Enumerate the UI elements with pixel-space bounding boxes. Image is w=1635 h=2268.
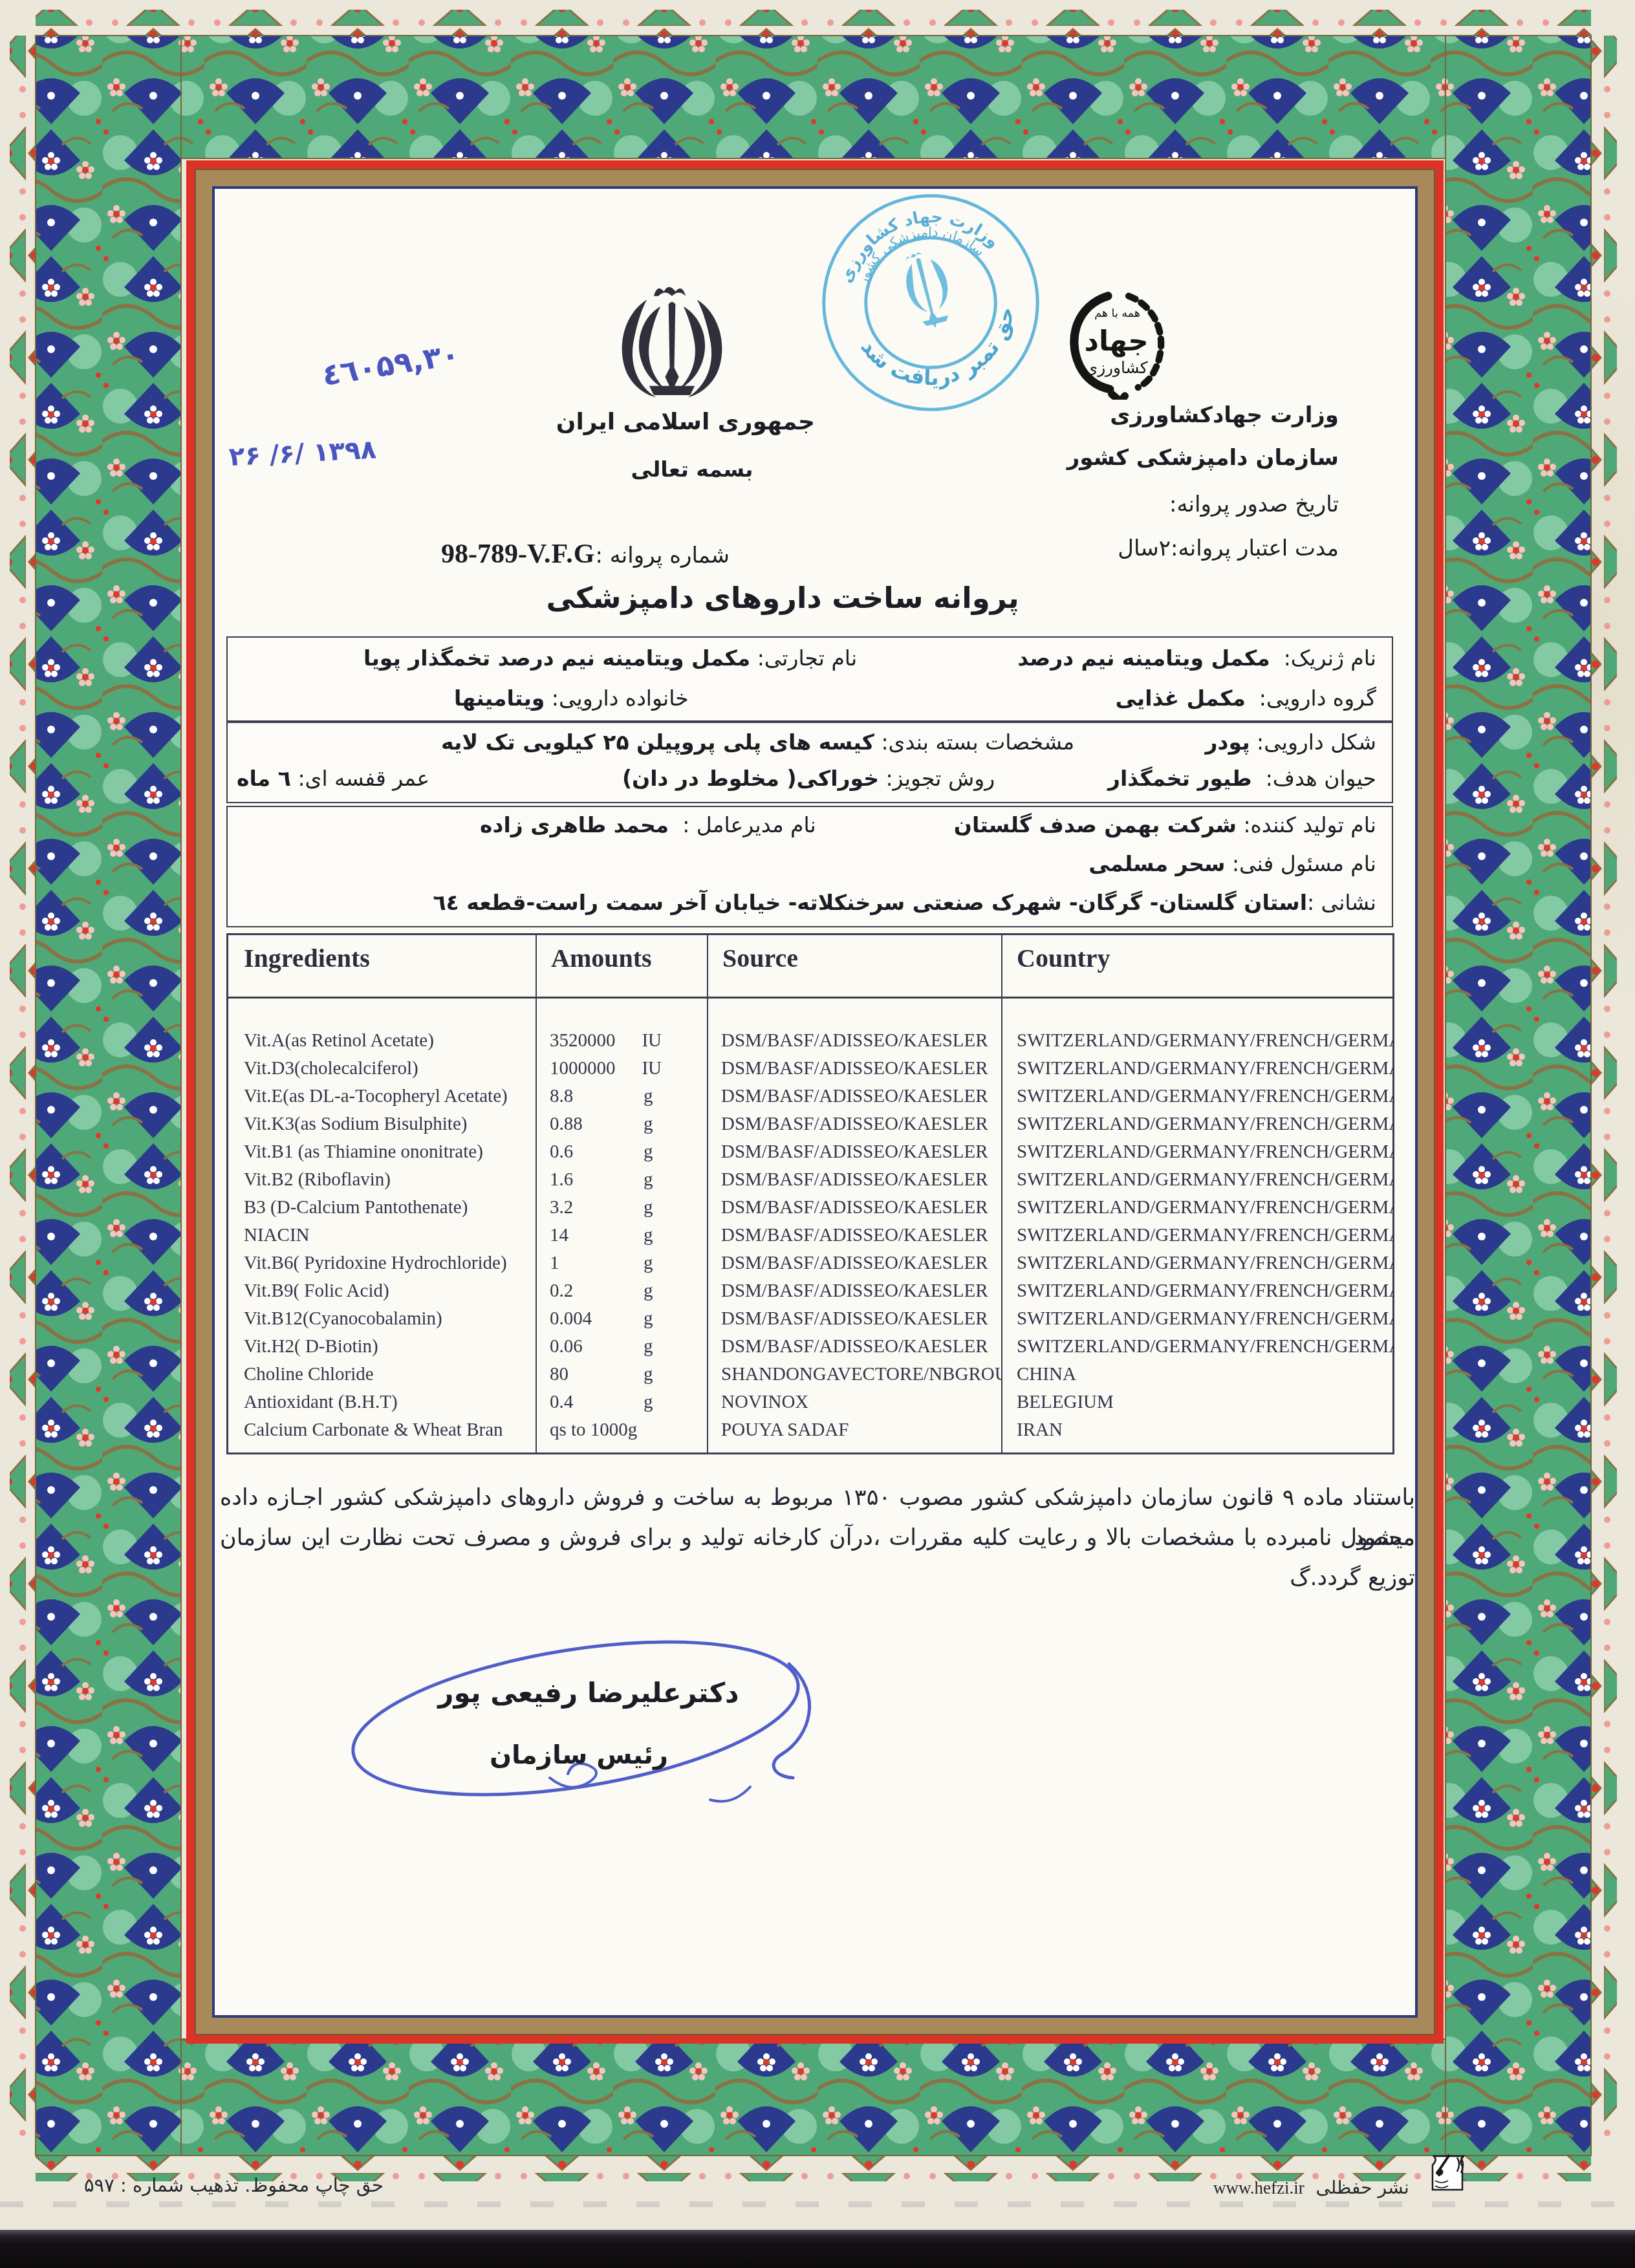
amount-cell: 0.06g [536, 1336, 707, 1357]
svg-text:کشاورزی: کشاورزی [1085, 358, 1148, 377]
column-header-source: Source [707, 935, 1001, 997]
issue-date-label: تاریخ صدور پروانه: [1169, 491, 1339, 517]
table-row: Vit.B1 (as Thiamine ononitrate)0.6gDSM/B… [228, 1138, 1392, 1166]
field-shelf-life: عمر قفسه ای: ٦ ماه [237, 766, 429, 791]
source-cell: DSM/BASF/ADISSEO/KAESLER [707, 1141, 1001, 1163]
besmeh-taali: بسمه تعالی [569, 457, 815, 482]
ingredient-cell: Vit.B2 (Riboflavin) [228, 1169, 536, 1191]
field-technical-manager: نام مسئول فنی: سحر مسلمی [1088, 851, 1376, 876]
publisher-website: www.hefzi.ir [1213, 2178, 1305, 2198]
country-cell: SWITZERLAND/GERMANY/FRENCH/GERMANY [1001, 1169, 1392, 1191]
source-cell: DSM/BASF/ADISSEO/KAESLER [707, 1308, 1001, 1330]
amount-cell: 0.004g [536, 1308, 707, 1330]
form-packaging-box: شکل دارویی: پودر مشخصات بسته بندی: کیسه … [226, 722, 1393, 803]
legal-paragraph: باستناد ماده ۹ قانون سازمان دامپزشکی کشو… [220, 1478, 1415, 1598]
amount-cell: 1.6g [536, 1169, 707, 1191]
table-row: Calcium Carbonate & Wheat Branqs to 1000… [228, 1416, 1392, 1444]
country-cell: SWITZERLAND/GERMANY/FRENCH/GERMANY [1001, 1030, 1392, 1052]
organization-name: سازمان دامپزشکی کشور [1067, 445, 1339, 471]
table-row: Vit.E(as DL-a-Tocopheryl Acetate)8.8gDSM… [228, 1083, 1392, 1110]
product-names-box: نام ژنریک: مکمل ویتامینه نیم درصد نام تج… [226, 636, 1393, 722]
amount-cell: 3520000IU [536, 1030, 707, 1052]
field-drug-group: گروه دارویی: مکمل غذایی [1115, 686, 1376, 711]
source-cell: DSM/BASF/ADISSEO/KAESLER [707, 1197, 1001, 1218]
svg-text:حق تمبر دریافت شد: حق تمبر دریافت شد [854, 299, 1034, 407]
field-administration: روش تجویز: خوراکی( مخلوط در دان) [622, 766, 995, 791]
jihad-agriculture-logo-icon: همه با هم جهاد کشاورزی [1053, 288, 1186, 400]
amount-cell: qs to 1000g [536, 1420, 707, 1441]
publisher-name: نشر حفظلی [1316, 2177, 1409, 2198]
table-row: Vit.B9( Folic Acid)0.2gDSM/BASF/ADISSEO/… [228, 1277, 1392, 1305]
ingredient-cell: Vit.E(as DL-a-Tocopheryl Acetate) [228, 1086, 536, 1107]
legal-line-1: باستناد ماده ۹ قانون سازمان دامپزشکی کشو… [220, 1478, 1415, 1518]
ingredient-cell: Vit.K3(as Sodium Bisulphite) [228, 1114, 536, 1135]
source-cell: DSM/BASF/ADISSEO/KAESLER [707, 1253, 1001, 1274]
legal-line-2: محصول نامبرده با مشخصات بالا و رعایت کلی… [220, 1518, 1415, 1558]
country-cell: SWITZERLAND/GERMANY/FRENCH/GERMANY [1001, 1336, 1392, 1357]
table-row: Vit.B2 (Riboflavin)1.6gDSM/BASF/ADISSEO/… [228, 1166, 1392, 1194]
source-cell: DSM/BASF/ADISSEO/KAESLER [707, 1086, 1001, 1107]
country-cell: SWITZERLAND/GERMANY/FRENCH/GERMANY [1001, 1308, 1392, 1330]
ingredient-cell: Vit.H2( D-Biotin) [228, 1336, 536, 1357]
field-trade-name: نام تجارتی: مکمل ویتامینه نیم درصد تخمگذ… [363, 645, 857, 671]
svg-text:همه با هم: همه با هم [1094, 307, 1140, 320]
field-packaging: مشخصات بسته بندی: کیسه های پلی پروپیلن ۲… [441, 729, 1074, 755]
field-ceo: نام مدیرعامل : محمد طاهری زاده [480, 812, 816, 837]
table-row: Vit.H2( D-Biotin)0.06gDSM/BASF/ADISSEO/K… [228, 1333, 1392, 1361]
ministry-name: وزارت جهادکشاورزی [1110, 402, 1339, 428]
producer-box: نام تولید کننده: شرکت بهمن صدف گلستان نا… [226, 806, 1393, 927]
ingredient-cell: B3 (D-Calcium Pantothenate) [228, 1197, 536, 1218]
publisher-logo-icon [1426, 2151, 1471, 2200]
ingredient-cell: Antioxidant (B.H.T) [228, 1392, 536, 1413]
license-number-value: 98-789-V.F.G [441, 539, 595, 569]
ingredients-table: IngredientsAmountsSourceCountry Vit.A(as… [226, 933, 1394, 1454]
field-drug-family: خانواده دارویی: ویتامینها [454, 686, 689, 711]
country-cell: SWITZERLAND/GERMANY/FRENCH/GERMANY [1001, 1280, 1392, 1302]
page-title: پروانه ساخت داروهای دامپزشکی [453, 581, 1112, 615]
ingredients-table-body: Vit.A(as Retinol Acetate)3520000IUDSM/BA… [228, 999, 1392, 1453]
country-cell: SWITZERLAND/GERMANY/FRENCH/GERMANY [1001, 1086, 1392, 1107]
table-row: Vit.D3(cholecalciferol)1000000IUDSM/BASF… [228, 1055, 1392, 1083]
country-cell: SWITZERLAND/GERMANY/FRENCH/GERMANY [1001, 1197, 1392, 1218]
country-cell: SWITZERLAND/GERMANY/FRENCH/GERMANY [1001, 1058, 1392, 1079]
table-row: Antioxidant (B.H.T)0.4gNOVINOXBELEGIUM [228, 1388, 1392, 1416]
amount-cell: 14g [536, 1225, 707, 1246]
validity-period: مدت اعتبار پروانه:۲سال [1118, 535, 1339, 561]
table-row: Vit.A(as Retinol Acetate)3520000IUDSM/BA… [228, 1027, 1392, 1055]
source-cell: DSM/BASF/ADISSEO/KAESLER [707, 1336, 1001, 1357]
source-cell: DSM/BASF/ADISSEO/KAESLER [707, 1058, 1001, 1079]
iran-national-emblem-icon [603, 281, 741, 404]
license-number-label: شماره پروانه : [595, 543, 730, 568]
source-cell: SHANDONGAVECTORE/NBGROUP [707, 1364, 1001, 1385]
ingredients-table-header: IngredientsAmountsSourceCountry [228, 935, 1392, 999]
table-row: Choline Chloride80gSHANDONGAVECTORE/NBGR… [228, 1361, 1392, 1388]
country-cell: SWITZERLAND/GERMANY/FRENCH/GERMANY [1001, 1253, 1392, 1274]
amount-cell: 1000000IU [536, 1058, 707, 1079]
table-row: NIACIN14gDSM/BASF/ADISSEO/KAESLERSWITZER… [228, 1222, 1392, 1249]
country-cell: SWITZERLAND/GERMANY/FRENCH/GERMANY [1001, 1225, 1392, 1246]
signature-block: دکترعلیرضا رفیعی پور رئیس سازمان [336, 1639, 880, 1827]
field-address: نشانی :استان گلستان- گرگان- شهرک صنعتی س… [433, 890, 1376, 915]
republic-title: جمهوری اسلامی ایران [569, 409, 815, 435]
signatory-role: رئیس سازمان [440, 1740, 718, 1770]
column-header-country: Country [1001, 935, 1392, 997]
table-row: Vit.K3(as Sodium Bisulphite)0.88gDSM/BAS… [228, 1110, 1392, 1138]
veterinary-organization-stamp-icon: وزارت جهاد کشاورزی سازمان دامپزشکی کشور … [816, 188, 1045, 418]
publisher-credit: نشر حفظلی www.hefzi.ir [1213, 2177, 1422, 2198]
source-cell: DSM/BASF/ADISSEO/KAESLER [707, 1169, 1001, 1191]
field-generic-name: نام ژنریک: مکمل ویتامینه نیم درصد [1017, 645, 1376, 671]
certificate-page: ۳۰,٤٦٠۵٩ ۱۳۹۸ /۶/ ۲۶ جمهوری اسلامی ایران… [0, 0, 1635, 2268]
field-producer: نام تولید کننده: شرکت بهمن صدف گلستان [954, 812, 1376, 837]
country-cell: IRAN [1001, 1420, 1392, 1441]
ingredient-cell: Vit.B12(Cyanocobalamin) [228, 1308, 536, 1330]
copyright-note: حق چاپ محفوظ. تذهیب شماره : ۵۹۷ [84, 2174, 384, 2196]
field-drug-form: شکل دارویی: پودر [1206, 729, 1376, 755]
amount-cell: 0.2g [536, 1280, 707, 1302]
svg-text:جهاد: جهاد [1085, 325, 1149, 358]
ingredient-cell: Calcium Carbonate & Wheat Bran [228, 1420, 536, 1441]
amount-cell: 8.8g [536, 1086, 707, 1107]
table-row: Vit.B6( Pyridoxine Hydrochloride)1gDSM/B… [228, 1249, 1392, 1277]
source-cell: DSM/BASF/ADISSEO/KAESLER [707, 1030, 1001, 1052]
ingredient-cell: Vit.A(as Retinol Acetate) [228, 1030, 536, 1052]
ingredient-cell: Vit.B1 (as Thiamine ononitrate) [228, 1141, 536, 1163]
column-header-amounts: Amounts [536, 935, 707, 997]
field-target-animal: حیوان هدف: طیور تخمگذار [1108, 766, 1376, 791]
table-row: B3 (D-Calcium Pantothenate)3.2gDSM/BASF/… [228, 1194, 1392, 1222]
country-cell: CHINA [1001, 1364, 1392, 1385]
legal-line-3: توزیع گردد.گ [220, 1558, 1415, 1598]
amount-cell: 1g [536, 1253, 707, 1274]
signature-scribble-icon [336, 1639, 880, 1827]
country-cell: BELEGIUM [1001, 1392, 1392, 1413]
source-cell: DSM/BASF/ADISSEO/KAESLER [707, 1280, 1001, 1302]
table-row: Vit.B12(Cyanocobalamin)0.004gDSM/BASF/AD… [228, 1305, 1392, 1333]
scan-noise-strip [0, 2201, 1635, 2207]
amount-cell: 0.4g [536, 1392, 707, 1413]
ingredient-cell: Vit.D3(cholecalciferol) [228, 1058, 536, 1079]
source-cell: DSM/BASF/ADISSEO/KAESLER [707, 1114, 1001, 1135]
amount-cell: 0.88g [536, 1114, 707, 1135]
scanner-edge-band [0, 2230, 1635, 2268]
signatory-name: دکترعلیرضا رفیعی پور [369, 1677, 808, 1709]
source-cell: POUYA SADAF [707, 1420, 1001, 1441]
ingredient-cell: NIACIN [228, 1225, 536, 1246]
column-header-ingredients: Ingredients [228, 935, 536, 997]
country-cell: SWITZERLAND/GERMANY/FRENCH/GERMANY [1001, 1141, 1392, 1163]
source-cell: DSM/BASF/ADISSEO/KAESLER [707, 1225, 1001, 1246]
amount-cell: 3.2g [536, 1197, 707, 1218]
source-cell: NOVINOX [707, 1392, 1001, 1413]
ingredient-cell: Vit.B6( Pyridoxine Hydrochloride) [228, 1253, 536, 1274]
license-number-line: شماره پروانه :98-789-V.F.G [352, 539, 818, 570]
amount-cell: 80g [536, 1364, 707, 1385]
ingredient-cell: Vit.B9( Folic Acid) [228, 1280, 536, 1302]
ingredient-cell: Choline Chloride [228, 1364, 536, 1385]
country-cell: SWITZERLAND/GERMANY/FRENCH/GERMANY [1001, 1114, 1392, 1135]
amount-cell: 0.6g [536, 1141, 707, 1163]
